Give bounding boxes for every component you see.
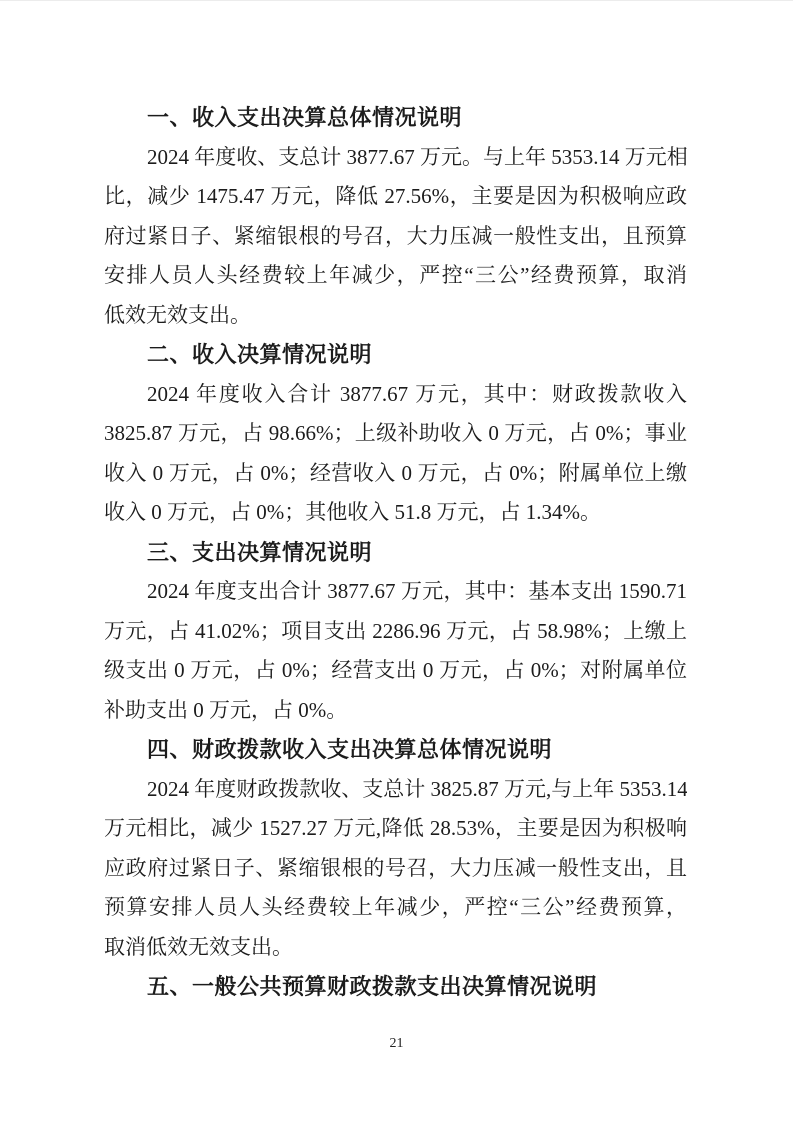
section-1-line-4: 安排人员人头经费较上年减少，严控“三公”经费预算，取消 <box>104 256 687 296</box>
section-3-line-4: 补助支出 0 万元，占 0%。 <box>104 691 687 731</box>
section-2-line-2: 3825.87 万元，占 98.66%；上级补助收入 0 万元，占 0%；事业 <box>104 414 687 454</box>
section-3: 三、支出决算情况说明 2024 年度支出合计 3877.67 万元，其中：基本支… <box>104 533 687 731</box>
section-2: 二、收入决算情况说明 2024 年度收入合计 3877.67 万元，其中：财政拨… <box>104 335 687 533</box>
section-4-line-5: 取消低效无效支出。 <box>104 928 687 968</box>
section-1-line-5: 低效无效支出。 <box>104 296 687 336</box>
section-1-line-2: 比，减少 1475.47 万元，降低 27.56%，主要是因为积极响应政 <box>104 177 687 217</box>
section-2-line-1: 2024 年度收入合计 3877.67 万元，其中：财政拨款收入 <box>104 375 687 415</box>
section-3-heading: 三、支出决算情况说明 <box>104 533 687 573</box>
section-2-heading: 二、收入决算情况说明 <box>104 335 687 375</box>
section-4-line-2: 万元相比，减少 1527.27 万元,降低 28.53%，主要是因为积极响 <box>104 809 687 849</box>
section-4-line-1: 2024 年度财政拨款收、支总计 3825.87 万元,与上年 5353.14 <box>104 770 687 810</box>
section-1-line-1: 2024 年度收、支总计 3877.67 万元。与上年 5353.14 万元相 <box>104 138 687 178</box>
page-number: 21 <box>0 1034 793 1054</box>
document-page: 一、收入支出决算总体情况说明 2024 年度收、支总计 3877.67 万元。与… <box>0 0 793 1123</box>
section-4-line-4: 预算安排人员人头经费较上年减少，严控“三公”经费预算， <box>104 888 687 928</box>
section-4-line-3: 应政府过紧日子、紧缩银根的号召，大力压减一般性支出，且 <box>104 849 687 889</box>
section-4: 四、财政拨款收入支出决算总体情况说明 2024 年度财政拨款收、支总计 3825… <box>104 730 687 967</box>
section-1: 一、收入支出决算总体情况说明 2024 年度收、支总计 3877.67 万元。与… <box>104 98 687 335</box>
section-3-line-2: 万元，占 41.02%；项目支出 2286.96 万元，占 58.98%；上缴上 <box>104 612 687 652</box>
section-5-heading: 五、一般公共预算财政拨款支出决算情况说明 <box>104 967 687 1007</box>
section-1-heading: 一、收入支出决算总体情况说明 <box>104 98 687 138</box>
section-3-line-3: 级支出 0 万元，占 0%；经营支出 0 万元，占 0%；对附属单位 <box>104 651 687 691</box>
section-4-heading: 四、财政拨款收入支出决算总体情况说明 <box>104 730 687 770</box>
section-2-line-4: 收入 0 万元，占 0%；其他收入 51.8 万元，占 1.34%。 <box>104 493 687 533</box>
section-3-line-1: 2024 年度支出合计 3877.67 万元，其中：基本支出 1590.71 <box>104 572 687 612</box>
section-1-line-3: 府过紧日子、紧缩银根的号召，大力压减一般性支出，且预算 <box>104 217 687 257</box>
document-body: 一、收入支出决算总体情况说明 2024 年度收、支总计 3877.67 万元。与… <box>104 98 687 1007</box>
section-2-line-3: 收入 0 万元，占 0%；经营收入 0 万元，占 0%；附属单位上缴 <box>104 454 687 494</box>
section-5: 五、一般公共预算财政拨款支出决算情况说明 <box>104 967 687 1007</box>
